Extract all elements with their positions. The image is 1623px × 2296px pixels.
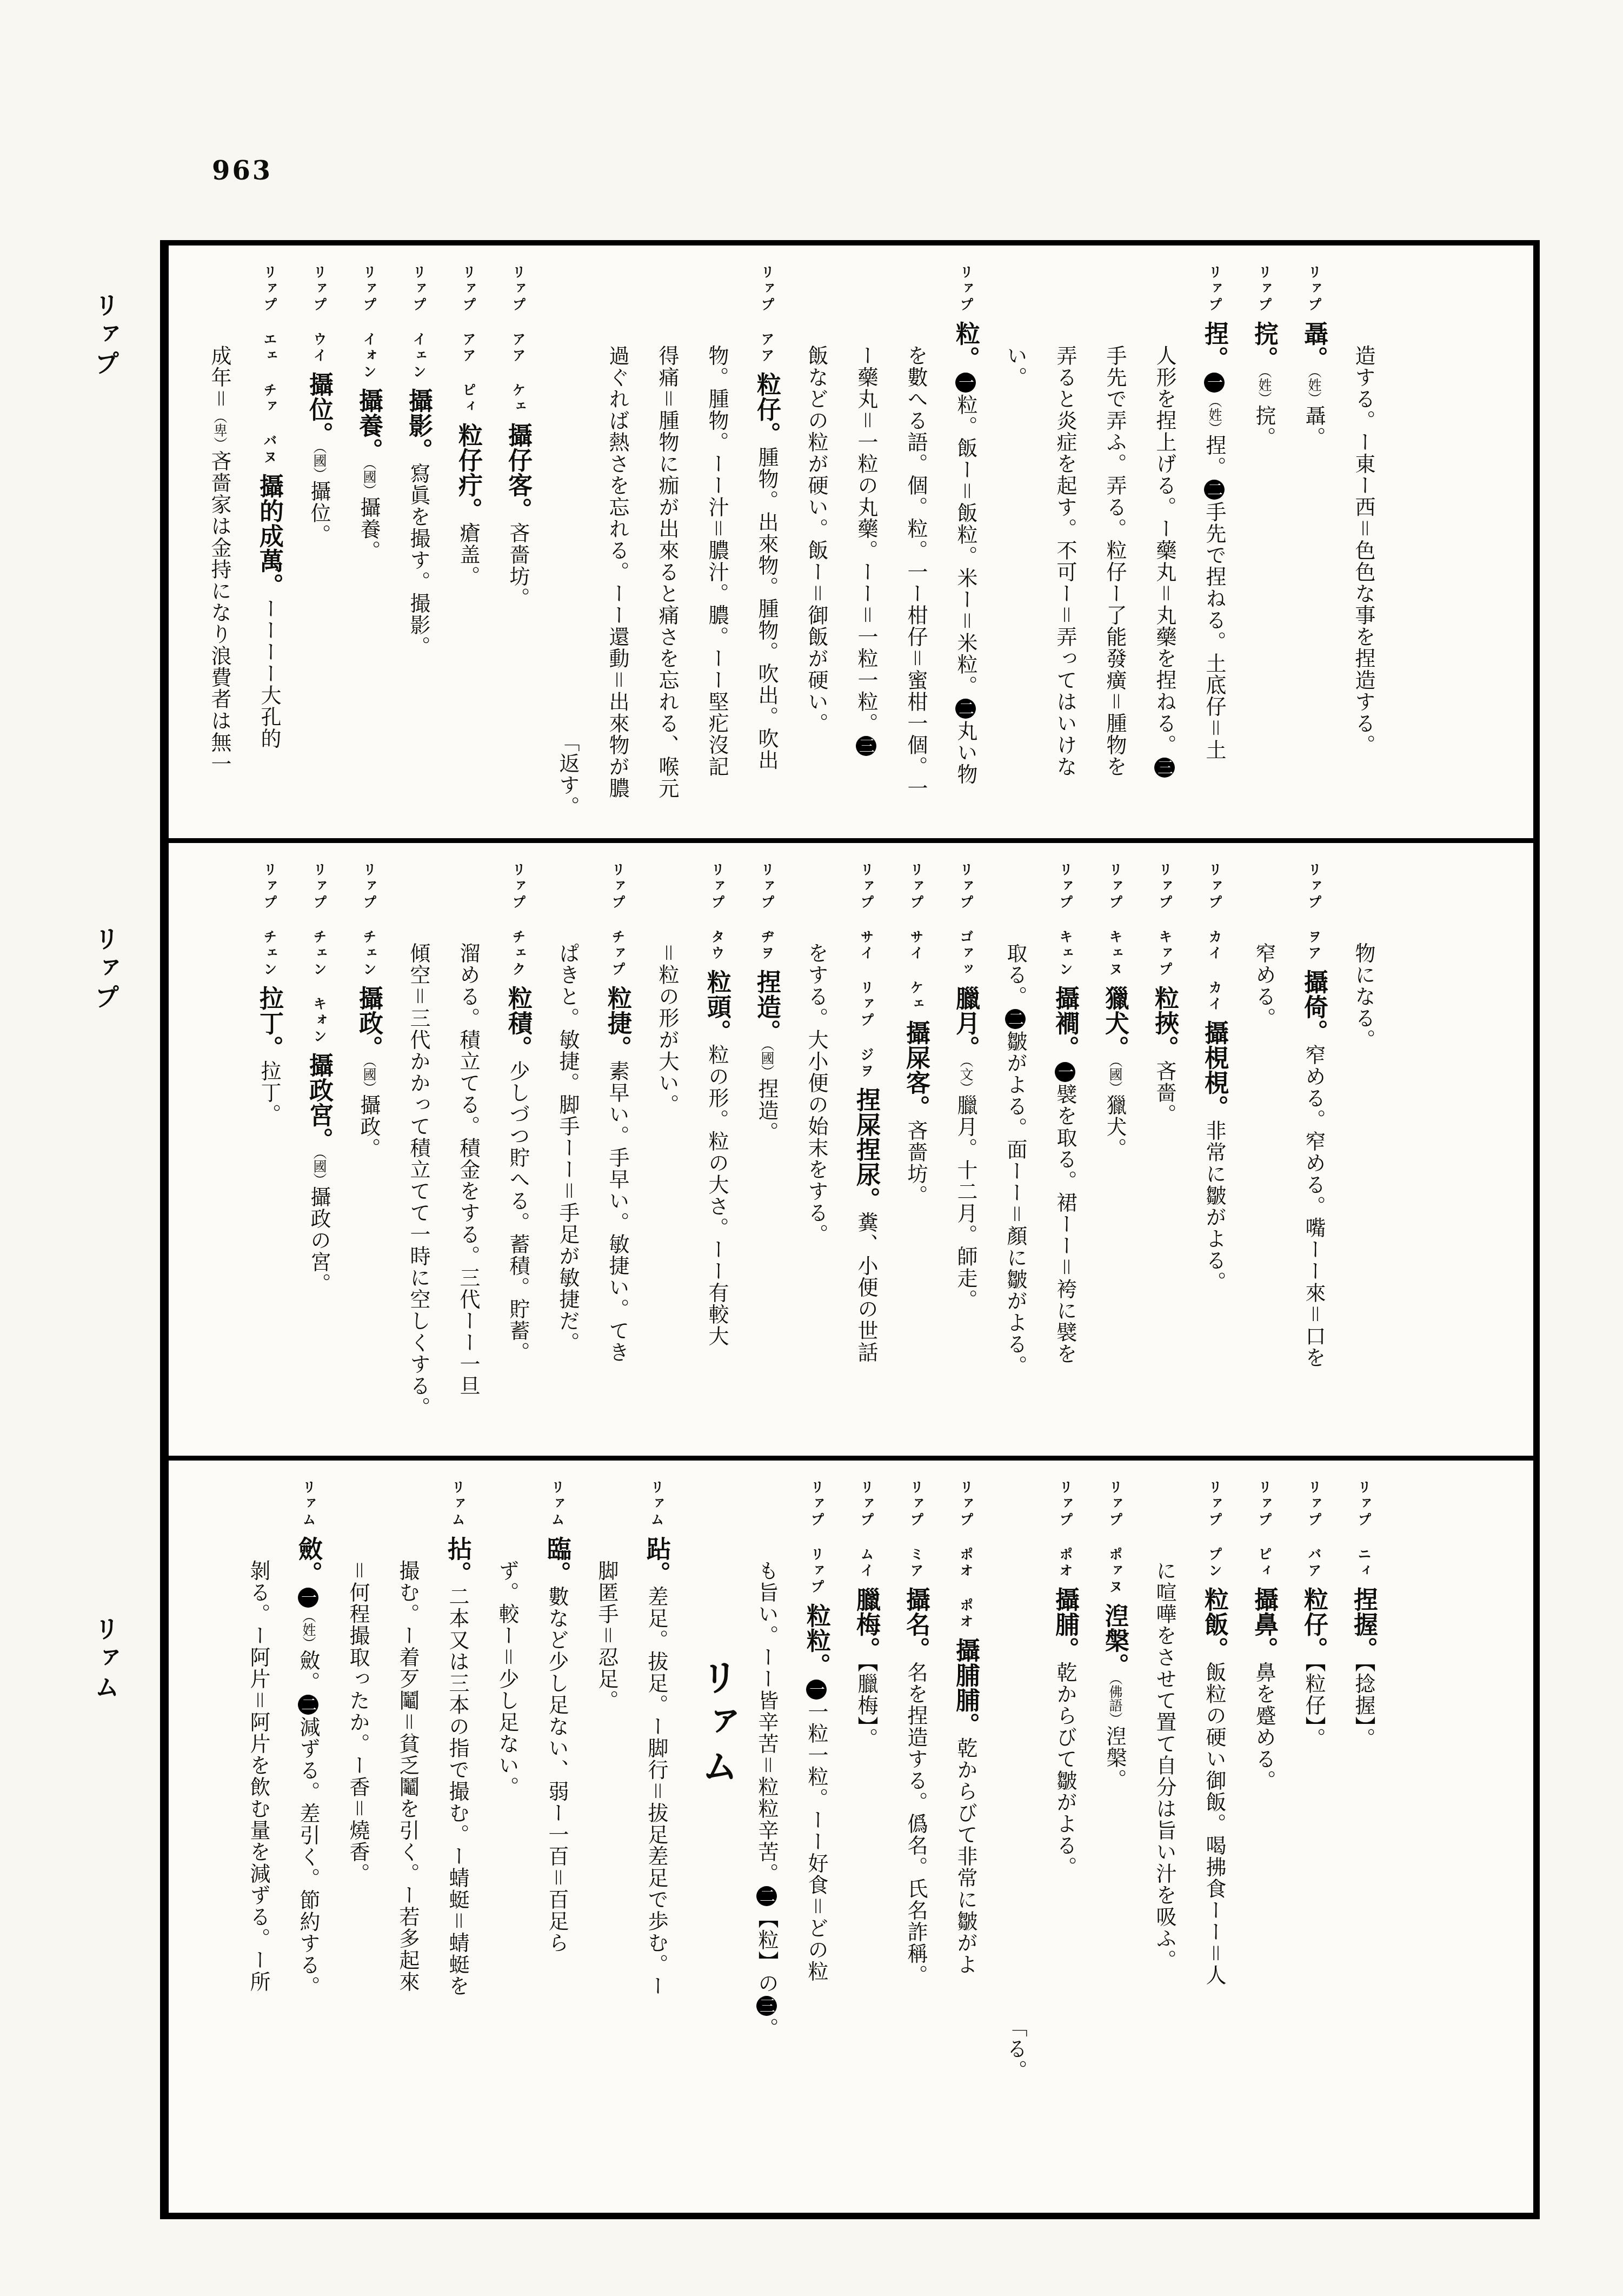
headword: 攝的成萬。 <box>255 474 284 598</box>
continuation-column: ー藥丸＝一粒の丸藥。ーー＝一粒一粒。三 <box>841 265 891 758</box>
pronunciation-reading: リァプ ポァヌ <box>1107 1480 1123 1596</box>
continuation-column: 脚匿手＝忍足。 <box>582 1480 631 1711</box>
continuation-column: 物になる。 <box>1339 862 1388 1051</box>
headword: 捏屎捏尿。 <box>852 1087 881 1212</box>
definition-text: 造する。ー東ー西＝色色な事を捏造する。 <box>1352 345 1375 756</box>
definition-text: 臘梅。【臘梅】。 <box>854 1587 878 1749</box>
entry-column: リァプ ポァヌ 湼槃。（佛語）湼槃。 <box>1090 1480 1140 1790</box>
dictionary-band-middle: 物になる。リァプ ヲア 攝倚。窄める。窄める。嘴ーー來＝口を窄める。リァプ カイ… <box>169 838 1533 1456</box>
headword: 攝脯脯。 <box>952 1638 980 1737</box>
sense-number-badge: 一 <box>1055 1062 1075 1082</box>
entry-column: リァプ ムイ 臘梅。【臘梅】。 <box>841 1480 891 1749</box>
pronunciation-reading: リァプ ウイ <box>311 265 327 364</box>
definition-text: 捏。一（姓）捏。二手先で捏ねる。土底仔＝土 <box>1202 321 1226 761</box>
pronunciation-reading: リァプ ポオ <box>1057 1480 1073 1580</box>
entry-column: リァプ ゴァッ 臘月。（文）臘月。十二月。師走。 <box>941 862 990 1311</box>
definition-text: も旨い。ーー皆辛苦＝粒粒辛苦。二【粒】の三。 <box>755 1560 779 2039</box>
sense-number-badge: 一 <box>298 1588 318 1608</box>
definition-text: 粒仔疔。瘡盖。 <box>456 423 480 587</box>
headword: 粒仔。 <box>753 372 781 447</box>
sense-number-badge: 一 <box>1204 373 1225 393</box>
entry-column: リァプ キァプ 粒挾。吝嗇。 <box>1140 862 1189 1125</box>
definition-text: 飯などの粒が硬い。飯ー＝御飯が硬い。 <box>804 345 828 734</box>
sense-number-badge: 二 <box>756 1886 777 1906</box>
continuation-column: 人形を捏上げる。ー藥丸＝丸藥を捏ねる。三 <box>1140 265 1189 779</box>
definition-text: 窄める。 <box>1252 943 1276 1029</box>
continuation-column: 得痛＝腫物に痂が出來ると痛さを忘れる、喉元 <box>642 265 692 799</box>
entry-column: リァプ リァプ 粒粒。一一粒一粒。ーー好食＝どの粒 <box>791 1480 841 1982</box>
entry-column: リァム 斂。一（姓）斂。二減ずる。差引く。節約する。 <box>283 1480 333 1998</box>
entry-column: リァム 臨。數など少し足ない、弱ー一百＝百足ら <box>532 1480 582 1954</box>
pronunciation-reading: リァプ キェン <box>1057 862 1073 978</box>
headword: 攝養。 <box>355 388 383 463</box>
definition-text: 湼槃。（佛語）湼槃。 <box>1103 1603 1127 1790</box>
headword: 粒仔疔。 <box>454 423 483 522</box>
pronunciation-reading: リァプ エェ チァ バヌ <box>262 265 277 466</box>
margin-guide-word-top: リァプ <box>88 292 123 380</box>
entry-column: リァプ 捖。（姓）捖。 <box>1239 265 1289 448</box>
definition-text: 「返す。 <box>556 731 580 818</box>
continuation-column: 溜める。積立てる。積金をする。三代ーー一旦 <box>443 862 493 1397</box>
entry-column: リァプ ミア 攝名。名を捏造する。僞名。氏名詐稱。 <box>891 1480 941 1986</box>
headword: 捏握。 <box>1349 1587 1378 1662</box>
headword: 粒仔。 <box>1300 1587 1328 1662</box>
sense-number-badge: 二 <box>298 1695 318 1715</box>
pronunciation-reading: リァプ サイ リァプ ジヲ <box>859 862 874 1080</box>
headword: 斂。 <box>294 1536 323 1586</box>
entry-column: リァプ イェン 攝影。寫眞を撮す。撮影。 <box>394 265 443 658</box>
headword: 攝脯。 <box>1051 1587 1080 1662</box>
continuation-column: をする。大小便の始末をする。 <box>791 862 841 1245</box>
definition-text: 手先で弄ふ。弄る。粒仔ー了能發癀＝腫物を <box>1103 345 1127 778</box>
continuation-column: 成年＝（卑）吝嗇家は金持になり浪費者は無一 <box>195 265 244 775</box>
headword: 攝仔客。 <box>504 423 533 522</box>
definition-text: 成年＝（卑）吝嗇家は金持になり浪費者は無一 <box>208 345 231 775</box>
pronunciation-reading: リァプ アア <box>759 265 775 364</box>
headword: 攝襇。 <box>1051 986 1080 1060</box>
headword: 粒頭。 <box>703 970 731 1044</box>
definition-text: 攝屎客。吝嗇坊。 <box>904 1020 928 1206</box>
definition-text: 獵犬。（國）獵犬。 <box>1103 986 1127 1159</box>
definition-text: 拈。二本又は三本の指で撮む。ー蜻蜓＝蜻蜓を <box>445 1536 469 1997</box>
headword: 粒挾。 <box>1150 986 1179 1060</box>
definition-text: 撮む。ー着歹鬮＝貧乏鬮を引く。ー若多起來 <box>396 1560 420 1993</box>
sense-number-badge: 一 <box>806 1680 827 1700</box>
definition-text: 脚匿手＝忍足。 <box>595 1560 618 1711</box>
continuation-column: 撮む。ー着歹鬮＝貧乏鬮を引く。ー若多起來 <box>383 1480 433 1993</box>
sense-number-badge: 三 <box>1154 758 1175 778</box>
pronunciation-reading: リァプ サイ ケェ <box>908 862 924 1013</box>
definition-text: 粒挾。吝嗇。 <box>1153 986 1176 1125</box>
entry-column: リァプ サイ ケェ 攝屎客。吝嗇坊。 <box>891 862 941 1206</box>
definition-text: 聶。（姓）聶。 <box>1302 321 1326 448</box>
pronunciation-reading: リァプ <box>958 265 974 314</box>
definition-text: 捏握。【捻握】。 <box>1352 1587 1375 1749</box>
definition-text: 粒頭。粒の形。粒の大さ。ーー有較大 <box>705 970 729 1347</box>
entry-column: リァプ タウ 粒頭。粒の形。粒の大さ。ーー有較大 <box>692 862 742 1347</box>
section-header-column: リァム <box>681 1480 742 1791</box>
continuation-column: 窄める。 <box>1239 862 1289 1029</box>
headword: 臨。 <box>543 1536 571 1586</box>
headword: 粒捷。 <box>603 986 632 1060</box>
definition-text: 取る。二皺がよる。面ーー＝顏に皺がよる。 <box>1003 943 1027 1377</box>
headword: 跕。 <box>642 1536 671 1586</box>
pronunciation-reading: リァプ アア ケェ <box>510 265 526 415</box>
definition-text: 斂。一（姓）斂。二減ずる。差引く。節約する。 <box>296 1536 320 1998</box>
pronunciation-reading: リァプ イェン <box>411 265 427 381</box>
continuation-column: 過ぐれば熱さを忘れる。ーー還動＝出來物が膿 <box>593 265 642 799</box>
headword: 粒粒。 <box>802 1603 831 1678</box>
continuation-column: を數へる語。個。粒。一ー柑仔＝蜜柑一個。一 <box>891 265 941 799</box>
continuation-column: い。 <box>990 265 1040 388</box>
page-border-box: 造する。ー東ー西＝色色な事を捏造する。リァプ 聶。（姓）聶。リァプ 捖。（姓）捖… <box>160 240 1540 2219</box>
sense-number-badge: 二 <box>1005 1009 1026 1029</box>
definition-text: リァム <box>695 1658 739 1791</box>
sense-number-badge: 三 <box>756 1996 777 2016</box>
pronunciation-reading: リァプ <box>1207 265 1222 314</box>
pronunciation-reading: リァム <box>549 1480 565 1529</box>
margin-guide-word-middle: リァプ <box>88 926 123 1013</box>
continuation-column: 飯などの粒が硬い。飯ー＝御飯が硬い。 <box>791 265 841 734</box>
pronunciation-reading: リァム <box>450 1480 465 1529</box>
usage-annotation: （國） <box>361 1060 377 1094</box>
entry-column: リァプ チァプ 粒捷。素早い。手早い。敏捷い。てき <box>593 862 642 1363</box>
continuation-column: ＝何程撮取ったか。ー香＝燒香。 <box>333 1480 383 1884</box>
usage-annotation: （國） <box>1107 1060 1123 1094</box>
pronunciation-reading: リァプ カイ カイ <box>1207 862 1222 1013</box>
definition-text: 攝政宮。（國）攝政の宮。 <box>307 1053 331 1295</box>
pronunciation-reading: リァプ キェヌ <box>1107 862 1123 978</box>
pronunciation-reading: リァプ チェン <box>262 862 277 978</box>
pronunciation-reading: リァプ プン <box>1207 1480 1222 1580</box>
definition-text: 剝る。ー阿片＝阿片を飲む量を減ずる。ー所 <box>247 1560 270 1993</box>
pronunciation-reading: リァプ キァプ <box>1157 862 1173 978</box>
usage-annotation: （佛語） <box>1107 1678 1123 1726</box>
margin-guide-word-bottom: リァム <box>88 1616 123 1703</box>
pronunciation-reading: リァプ チェン キォン <box>311 862 327 1045</box>
continuation-column: ず。較ー＝少し足ない。 <box>482 1480 532 1798</box>
headword: 拈。 <box>443 1536 472 1586</box>
pronunciation-reading: リァプ ポオ ポオ <box>958 1480 974 1630</box>
definition-text: ＝粒の形が大い。 <box>655 943 679 1116</box>
entry-column: リァプ ニィ 捏握。【捻握】。 <box>1339 1480 1388 1749</box>
headword: 攝屎客。 <box>902 1020 930 1120</box>
usage-annotation: （姓） <box>1207 394 1222 435</box>
sense-number-badge: 三 <box>856 736 876 756</box>
definition-text: 過ぐれば熱さを忘れる。ーー還動＝出來物が膿 <box>606 345 629 799</box>
entry-column: リァプ サイ リァプ ジヲ 捏屎捏尿。糞、小便の世話 <box>841 862 891 1363</box>
continuation-column: 剝る。ー阿片＝阿片を飲む量を減ずる。ー所 <box>234 1480 283 1993</box>
pronunciation-reading: リァプ <box>1306 265 1322 314</box>
pronunciation-reading: リァプ ヲア <box>1306 862 1322 962</box>
headword: 拉丁。 <box>255 986 284 1060</box>
usage-annotation: （文） <box>958 1060 974 1094</box>
entry-column: リァプ アア 粒仔。腫物。出來物。腫物。吹出。吹出 <box>742 265 791 771</box>
definition-text: 攝名。名を捏造する。僞名。氏名詐稱。 <box>904 1587 928 1986</box>
definition-text: 捏屎捏尿。糞、小便の世話 <box>854 1087 878 1363</box>
sense-number-badge: 二 <box>955 699 976 719</box>
headword: 攝名。 <box>902 1587 930 1662</box>
pronunciation-reading: リァプ チェク <box>510 862 526 978</box>
definition-text: 攝政。（國）攝政。 <box>357 986 381 1159</box>
headword: 湼槃。 <box>1101 1603 1129 1678</box>
pronunciation-reading: リァプ アア ピィ <box>461 265 476 415</box>
definition-text: 「る。 <box>1003 2016 1027 2081</box>
definition-text: ー藥丸＝一粒の丸藥。ーー＝一粒一粒。三 <box>854 345 878 758</box>
continuation-column: ＝粒の形が大い。 <box>642 862 692 1116</box>
definition-text: 攝倚。窄める。窄める。嘴ーー來＝口を <box>1302 970 1326 1369</box>
sense-number-badge: 一 <box>955 373 976 393</box>
definition-text: 人形を捏上げる。ー藥丸＝丸藥を捏ねる。三 <box>1153 345 1176 779</box>
definition-text: 粒。一粒。飯ー＝飯粒。米ー＝米粒。二丸い物 <box>954 321 977 785</box>
pronunciation-reading: リァプ リァプ <box>809 1480 824 1596</box>
usage-annotation: （國） <box>361 463 377 497</box>
turnover-column: 「返す。 <box>543 265 593 818</box>
headword: 攝政宮。 <box>305 1053 334 1152</box>
dictionary-band-top: 造する。ー東ー西＝色色な事を捏造する。リァプ 聶。（姓）聶。リァプ 捖。（姓）捖… <box>169 245 1533 838</box>
usage-annotation: （國） <box>311 1152 327 1186</box>
definition-text: に喧嘩をさせて置て自分は旨い汁を吸ふ。 <box>1153 1560 1176 1971</box>
entry-column: リァプ アア ピィ 粒仔疔。瘡盖。 <box>443 265 493 587</box>
definition-text: 物。腫物。ーー汁＝膿汁。膿。ーー堅疕沒記 <box>705 345 729 778</box>
headword: 獵犬。 <box>1101 986 1129 1060</box>
definition-text: 攝仔客。吝嗇坊。 <box>506 423 530 609</box>
page-number: 963 <box>212 156 272 186</box>
entry-column: リァプ バア 粒仔。【粒仔】。 <box>1289 1480 1339 1749</box>
definition-text: 攝養。（國）攝養。 <box>357 388 381 562</box>
usage-annotation: （國） <box>759 1044 775 1078</box>
definition-text: 跕。差足。拔足。ー脚行＝拔足差足で歩む。ー <box>644 1536 668 1997</box>
definition-text: をする。大小便の始末をする。 <box>804 943 828 1245</box>
continuation-column: ぱきと。敏捷。脚手ーー＝手足が敏捷だ。 <box>543 862 593 1353</box>
pronunciation-reading: リァプ バア <box>1306 1480 1322 1580</box>
entry-column: リァプ ポオ 攝脯。乾からびて皺がよる。 <box>1040 1480 1090 1878</box>
entry-column: リァプ イォン 攝養。（國）攝養。 <box>344 265 394 562</box>
entry-column: リァプ カイ カイ 攝梘梘。非常に皺がよる。 <box>1189 862 1239 1293</box>
entry-column: リァプ プン 粒飯。飯粒の硬い御飯。喝拂食ーー＝人 <box>1189 1480 1239 1986</box>
entry-column: リァム 拈。二本又は三本の指で撮む。ー蜻蜓＝蜻蜓を <box>433 1480 482 1997</box>
pronunciation-reading: リァプ ニィ <box>1356 1480 1372 1580</box>
definition-text: い。 <box>1003 345 1027 388</box>
pronunciation-reading: リァプ <box>1256 265 1272 314</box>
entry-column: リァム 跕。差足。拔足。ー脚行＝拔足差足で歩む。ー <box>631 1480 681 1997</box>
definition-text: を數へる語。個。粒。一ー柑仔＝蜜柑一個。一 <box>904 345 928 799</box>
continuation-column: も旨い。ーー皆辛苦＝粒粒辛苦。二【粒】の三。 <box>742 1480 791 2039</box>
usage-annotation: （姓） <box>1256 371 1272 405</box>
entry-column: リァプ 粒。一粒。飯ー＝飯粒。米ー＝米粒。二丸い物 <box>941 265 990 785</box>
definition-text: 攝鼻。鼻を蹙める。 <box>1252 1587 1276 1791</box>
pronunciation-reading: リァプ ミア <box>908 1480 924 1580</box>
headword: 捖。 <box>1250 321 1279 371</box>
definition-text: 粒飯。飯粒の硬い御飯。喝拂食ーー＝人 <box>1202 1587 1226 1986</box>
entry-column: リァプ アア ケェ 攝仔客。吝嗇坊。 <box>493 265 543 609</box>
definition-text: 傾空＝三代かかって積立てて一時に空しくする。 <box>407 943 430 1418</box>
definition-text: 拉丁。拉丁。 <box>257 986 281 1125</box>
headword: 捏。 <box>1200 321 1229 371</box>
definition-text: ず。較ー＝少し足ない。 <box>495 1560 519 1798</box>
definition-text: 物になる。 <box>1352 943 1375 1051</box>
headword: 捏造。 <box>753 970 781 1044</box>
definition-text: 粒仔。【粒仔】。 <box>1302 1587 1326 1749</box>
entry-column: リァプ チェン キォン 攝政宮。（國）攝政の宮。 <box>294 862 344 1295</box>
definition-text: 弄ると炎症を起す。不可ー＝弄ってはいけな <box>1053 345 1077 778</box>
entry-column: リァプ ポオ ポオ 攝脯脯。乾からびて非常に皺がよ <box>941 1480 990 1975</box>
entry-column: リァプ ウイ 攝位。（國）攝位。 <box>294 265 344 546</box>
definition-text: 臨。數など少し足ない、弱ー一百＝百足ら <box>545 1536 569 1954</box>
definition-text: 攝脯脯。乾からびて非常に皺がよ <box>954 1638 977 1975</box>
continuation-column: 傾空＝三代かかって積立てて一時に空しくする。 <box>394 862 443 1418</box>
headword: 臘梅。 <box>852 1587 881 1662</box>
entry-column: リァプ チェン 攝政。（國）攝政。 <box>344 862 394 1159</box>
entry-column: リァプ ヂヲ 捏造。（國）捏造。 <box>742 862 791 1143</box>
headword: 攝位。 <box>305 372 334 447</box>
entry-column: リァプ 捏。一（姓）捏。二手先で捏ねる。土底仔＝土 <box>1189 265 1239 761</box>
usage-annotation: （姓） <box>1306 371 1322 405</box>
continuation-column: に喧嘩をさせて置て自分は旨い汁を吸ふ。 <box>1140 1480 1189 1971</box>
pronunciation-reading: リァプ ムイ <box>859 1480 874 1580</box>
definition-text: 攝脯。乾からびて皺がよる。 <box>1053 1587 1077 1878</box>
turnover-column: 「る。 <box>990 1480 1040 2081</box>
pronunciation-reading: リァム <box>301 1480 316 1529</box>
definition-text: 粒粒。一一粒一粒。ーー好食＝どの粒 <box>804 1603 828 1982</box>
continuation-column: 手先で弄ふ。弄る。粒仔ー了能發癀＝腫物を <box>1090 265 1140 778</box>
pronunciation-reading: リァプ チェン <box>361 862 377 978</box>
headword: 粒。 <box>952 321 980 371</box>
headword: 攝政。 <box>355 986 383 1060</box>
continuation-column: 造する。ー東ー西＝色色な事を捏造する。 <box>1339 265 1388 756</box>
headword: 聶。 <box>1300 321 1328 371</box>
continuation-column: 取る。二皺がよる。面ーー＝顏に皺がよる。 <box>990 862 1040 1377</box>
entry-column: リァプ キェヌ 獵犬。（國）獵犬。 <box>1090 862 1140 1159</box>
usage-annotation: （國） <box>311 447 327 481</box>
pronunciation-reading: リァム <box>649 1480 664 1529</box>
definition-text: 捏造。（國）捏造。 <box>755 970 779 1143</box>
entry-column: リァプ ヲア 攝倚。窄める。窄める。嘴ーー來＝口を <box>1289 862 1339 1369</box>
continuation-column: 物。腫物。ーー汁＝膿汁。膿。ーー堅疕沒記 <box>692 265 742 778</box>
scanned-dictionary-page: { "page_number": "963", "margin_labels":… <box>0 0 1623 2296</box>
headword: 粒積。 <box>504 986 533 1060</box>
pronunciation-reading: リァプ ピィ <box>1256 1480 1272 1580</box>
definition-text: 攝襇。一襞を取る。裙ーー＝袴に襞を <box>1053 986 1077 1365</box>
usage-annotation: （卑） <box>212 410 228 450</box>
definition-text: 粒積。少しづつ貯へる。蓄積。貯蓄。 <box>506 986 530 1363</box>
definition-text: 攝的成萬。ーーーー大孔的 <box>257 474 281 749</box>
pronunciation-reading: リァプ タウ <box>709 862 725 962</box>
definition-text: 攝梘梘。非常に皺がよる。 <box>1202 1020 1226 1293</box>
definition-text: 攝影。寫眞を撮す。撮影。 <box>407 388 430 658</box>
dictionary-band-bottom: リァプ ニィ 捏握。【捻握】。リァプ バア 粒仔。【粒仔】。リァプ ピィ 攝鼻。… <box>169 1456 1533 2204</box>
definition-text: ぱきと。敏捷。脚手ーー＝手足が敏捷だ。 <box>556 943 580 1353</box>
entry-column: リァプ ピィ 攝鼻。鼻を蹙める。 <box>1239 1480 1289 1791</box>
pronunciation-reading: リァプ チァプ <box>610 862 626 978</box>
headword: 粒飯。 <box>1200 1587 1229 1662</box>
definition-text: ＝何程撮取ったか。ー香＝燒香。 <box>346 1560 370 1884</box>
pronunciation-reading: リァプ ゴァッ <box>958 862 974 978</box>
headword: 攝梘梘。 <box>1200 1020 1229 1120</box>
continuation-column: 弄ると炎症を起す。不可ー＝弄ってはいけな <box>1040 265 1090 778</box>
headword: 攝倚。 <box>1300 970 1328 1044</box>
headword: 攝鼻。 <box>1250 1587 1279 1662</box>
headword: 臘月。 <box>952 986 980 1060</box>
definition-text: 粒仔。腫物。出來物。腫物。吹出。吹出 <box>755 372 779 771</box>
sense-number-badge: 二 <box>1204 480 1225 500</box>
definition-text: 捖。（姓）捖。 <box>1252 321 1276 448</box>
entry-column: リァプ チェク 粒積。少しづつ貯へる。蓄積。貯蓄。 <box>493 862 543 1363</box>
pronunciation-reading: リァプ イォン <box>361 265 377 381</box>
definition-text: 得痛＝腫物に痂が出來ると痛さを忘れる、喉元 <box>655 345 679 799</box>
pronunciation-reading: リァプ ヂヲ <box>759 862 775 962</box>
entry-column: リァプ 聶。（姓）聶。 <box>1289 265 1339 448</box>
entry-column: リァプ チェン 拉丁。拉丁。 <box>244 862 294 1125</box>
headword: 攝影。 <box>404 388 433 463</box>
entry-column: リァプ キェン 攝襇。一襞を取る。裙ーー＝袴に襞を <box>1040 862 1090 1365</box>
usage-annotation: （姓） <box>301 1609 316 1650</box>
entry-column: リァプ エェ チァ バヌ 攝的成萬。ーーーー大孔的 <box>244 265 294 749</box>
definition-text: 溜める。積立てる。積金をする。三代ーー一旦 <box>456 943 480 1397</box>
definition-text: 臘月。（文）臘月。十二月。師走。 <box>954 986 977 1311</box>
definition-text: 攝位。（國）攝位。 <box>307 372 331 546</box>
definition-text: 粒捷。素早い。手早い。敏捷い。てき <box>606 986 629 1363</box>
